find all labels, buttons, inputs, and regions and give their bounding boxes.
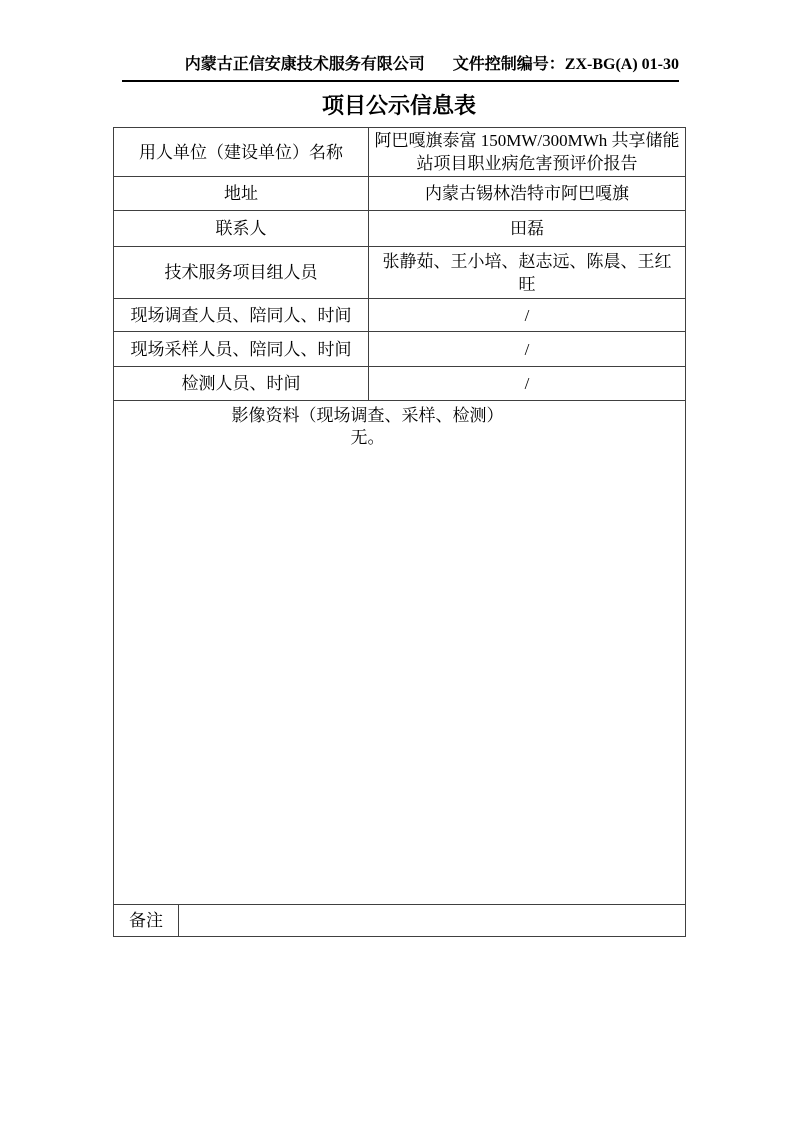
employer-label-cell: 用人单位（建设单位）名称 [114, 128, 369, 177]
site-survey-label-cell: 现场调查人员、陪同人、时间 [114, 299, 369, 332]
table-row-media: 影像资料（现场调查、采样、检测） 无。 [114, 401, 686, 905]
project-team-value-cell: 张静茹、王小培、赵志远、陈晨、王红旺 [369, 247, 686, 299]
project-team-label-cell: 技术服务项目组人员 [114, 247, 369, 299]
control-number-value: ZX-BG(A) 01-30 [565, 56, 679, 73]
site-survey-value-cell: / [369, 299, 686, 332]
employer-value-cell: 阿巴嘎旗泰富 150MW/300MWh 共享储能站项目职业病危害预评价报告 [369, 128, 686, 177]
contact-label-cell: 联系人 [114, 211, 369, 247]
media-heading: 影像资料（现场调查、采样、检测） [122, 405, 613, 427]
table-row-site-sampling: 现场采样人员、陪同人、时间 / [114, 332, 686, 367]
site-sampling-value-cell: / [369, 332, 686, 367]
remark-label-cell: 备注 [114, 905, 179, 937]
testing-value-cell: / [369, 367, 686, 401]
table-row-employer: 用人单位（建设单位）名称 阿巴嘎旗泰富 150MW/300MWh 共享储能站项目… [114, 128, 686, 177]
table-row-project-team: 技术服务项目组人员 张静茹、王小培、赵志远、陈晨、王红旺 [114, 247, 686, 299]
project-info-table: 用人单位（建设单位）名称 阿巴嘎旗泰富 150MW/300MWh 共享储能站项目… [113, 127, 686, 937]
table-row-remark: 备注 [114, 905, 686, 937]
company-name: 内蒙古正信安康技术服务有限公司 [185, 56, 425, 73]
document-page: 内蒙古正信安康技术服务有限公司文件控制编号：ZX-BG(A) 01-30 项目公… [0, 0, 800, 1131]
control-number-label: 文件控制编号： [453, 56, 565, 73]
table-row-contact: 联系人 田磊 [114, 211, 686, 247]
contact-value-cell: 田磊 [369, 211, 686, 247]
table-row-testing: 检测人员、时间 / [114, 367, 686, 401]
testing-label-cell: 检测人员、时间 [114, 367, 369, 401]
media-cell: 影像资料（现场调查、采样、检测） 无。 [114, 401, 686, 905]
media-content: 无。 [122, 427, 613, 449]
table-row-site-survey: 现场调查人员、陪同人、时间 / [114, 299, 686, 332]
table-row-address: 地址 内蒙古锡林浩特市阿巴嘎旗 [114, 177, 686, 211]
address-label-cell: 地址 [114, 177, 369, 211]
site-sampling-label-cell: 现场采样人员、陪同人、时间 [114, 332, 369, 367]
page-title: 项目公示信息表 [113, 93, 685, 119]
remark-value-cell [179, 905, 686, 937]
address-value-cell: 内蒙古锡林浩特市阿巴嘎旗 [369, 177, 686, 211]
document-header: 内蒙古正信安康技术服务有限公司文件控制编号：ZX-BG(A) 01-30 [122, 55, 679, 82]
